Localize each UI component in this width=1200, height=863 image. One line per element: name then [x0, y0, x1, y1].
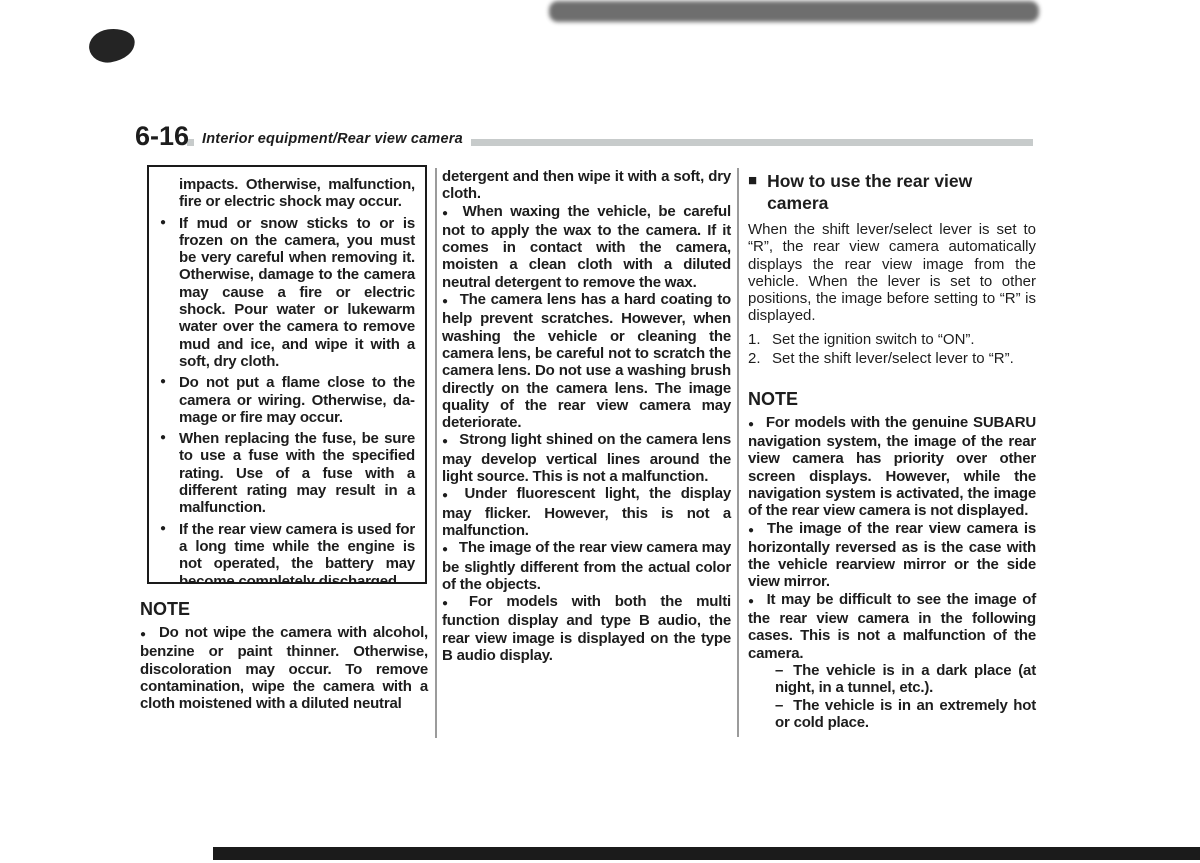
middle-continuation-paragraph: detergent and then wipe it with a soft, … [442, 168, 731, 203]
warning-continuation-paragraph: impacts. Otherwise, malfunction, fire or… [149, 176, 415, 211]
middle-bullet-item: ●The image of the rear view camera may b… [442, 539, 731, 593]
note-bullet-item: ●Do not wipe the camera with alcohol, be… [140, 624, 428, 712]
bullet-icon: ● [442, 208, 452, 219]
column-divider-right [737, 168, 739, 737]
note-title: NOTE [140, 599, 428, 619]
note-section-right: NOTE ●For models with the genuine SUBARU… [748, 389, 1036, 731]
bullet-icon: ● [442, 436, 448, 447]
bullet-icon: ● [442, 544, 448, 555]
warning-box: impacts. Otherwise, malfunction, fire or… [147, 165, 427, 584]
middle-bullet-text: When waxing the vehicle, be careful not … [442, 203, 731, 291]
intro-paragraph: When the shift lever/select lever is set… [748, 221, 1036, 325]
warning-continuation-text: impacts. Otherwise, malfunction, fire or… [179, 176, 415, 210]
section-heading-text: How to use the rear view camera [767, 170, 1036, 214]
note-bullet-item: ●The image of the rear view camera is ho… [748, 520, 1036, 591]
note-bullet-text: Do not wipe the camera with alcohol, ben… [140, 624, 428, 712]
warning-bullet-item: ● Do not put a flame close to the camera… [149, 374, 415, 426]
middle-continuation-text: detergent and then wipe it with a soft, … [442, 168, 731, 202]
note-section-left: NOTE ●Do not wipe the camera with alcoho… [140, 599, 428, 712]
intro-text: When the shift lever/select lever is set… [748, 221, 1036, 324]
scan-artifact-top-band [549, 1, 1039, 22]
dash-icon: – [775, 662, 783, 679]
bullet-icon: ● [748, 419, 755, 430]
column-divider-left [435, 168, 437, 738]
bullet-icon: ● [442, 490, 454, 501]
step-item: 1. Set the ignition switch to “ON”. [748, 330, 1036, 350]
warning-bullet-item: ● When replacing the fuse, be sure to us… [149, 430, 415, 516]
section-heading: ■ How to use the rear view camera [748, 170, 1036, 214]
bullet-icon: ● [160, 373, 166, 390]
bullet-icon: ● [160, 429, 166, 446]
note-title: NOTE [748, 389, 1036, 409]
middle-bullet-item: ●Strong light shined on the camera lens … [442, 431, 731, 485]
step-number: 2. [748, 349, 772, 369]
note-dash-item: –The vehicle is in an extremely hot or c… [748, 697, 1036, 732]
warning-bullet-item: ● If the rear view camera is used for a … [149, 521, 415, 584]
bullet-icon: ● [442, 598, 458, 609]
note-bullet-text: For models with the genuine SUBARU navig… [748, 414, 1036, 519]
middle-bullet-item: ●Under fluorescent light, the display ma… [442, 485, 731, 539]
warning-bullet-text: When replacing the fuse, be sure to use … [179, 430, 415, 516]
middle-bullet-item: ●For models with both the multi function… [442, 593, 731, 664]
warning-bullet-text: If the rear view camera is used for a lo… [179, 521, 415, 584]
note-dash-text: The vehicle is in an extremely hot or co… [775, 697, 1036, 731]
bullet-icon: ● [160, 214, 166, 231]
note-bullet-text: It may be difficult to see the image of … [748, 591, 1036, 662]
step-item: 2. Set the shift lever/select lever to “… [748, 349, 1036, 369]
middle-bullet-text: For models with both the multi function … [442, 593, 731, 664]
bullet-icon: ● [748, 525, 756, 536]
note-bullet-text: The image of the rear view camera is hor… [748, 520, 1036, 591]
bullet-icon: ● [140, 629, 148, 640]
page-number: 6-16 [135, 121, 189, 152]
scan-artifact-bottom-bar [213, 847, 1200, 860]
middle-column: detergent and then wipe it with a soft, … [442, 168, 731, 664]
bullet-icon: ● [442, 296, 449, 307]
right-column: ■ How to use the rear view camera When t… [748, 170, 1036, 731]
scan-artifact-top-left [87, 26, 137, 65]
warning-bullet-item: ● If mud or snow sticks to or is frozen … [149, 215, 415, 371]
step-list: 1. Set the ignition switch to “ON”. 2. S… [748, 330, 1036, 369]
manual-page: 6-16 Interior equipment/Rear view camera… [0, 0, 1200, 863]
section-title: Interior equipment/Rear view camera [194, 131, 471, 147]
note-bullet-item: ●It may be difficult to see the image of… [748, 591, 1036, 662]
warning-bullet-text: Do not put a flame close to the camera o… [179, 374, 415, 426]
note-dash-text: The vehicle is in a dark place (at night… [775, 662, 1036, 696]
middle-bullet-text: The camera lens has a hard coating to he… [442, 291, 731, 431]
step-text: Set the shift lever/select lever to “R”. [772, 349, 1014, 369]
dash-icon: – [775, 697, 783, 714]
step-number: 1. [748, 330, 772, 350]
middle-bullet-text: Strong light shined on the camera lens m… [442, 431, 731, 485]
warning-bullet-text: If mud or snow sticks to or is frozen on… [179, 215, 415, 370]
bullet-icon: ● [160, 520, 166, 537]
note-bullet-item: ●For models with the genuine SUBARU navi… [748, 414, 1036, 520]
middle-bullet-item: ●When waxing the vehicle, be careful not… [442, 203, 731, 291]
black-square-icon: ■ [748, 170, 757, 214]
note-dash-item: –The vehicle is in a dark place (at nigh… [748, 662, 1036, 697]
middle-bullet-item: ●The camera lens has a hard coating to h… [442, 291, 731, 431]
bullet-icon: ● [748, 596, 756, 607]
step-text: Set the ignition switch to “ON”. [772, 330, 975, 350]
middle-bullet-text: Under fluorescent light, the display may… [442, 485, 731, 539]
middle-bullet-text: The image of the rear view camera may be… [442, 539, 731, 593]
